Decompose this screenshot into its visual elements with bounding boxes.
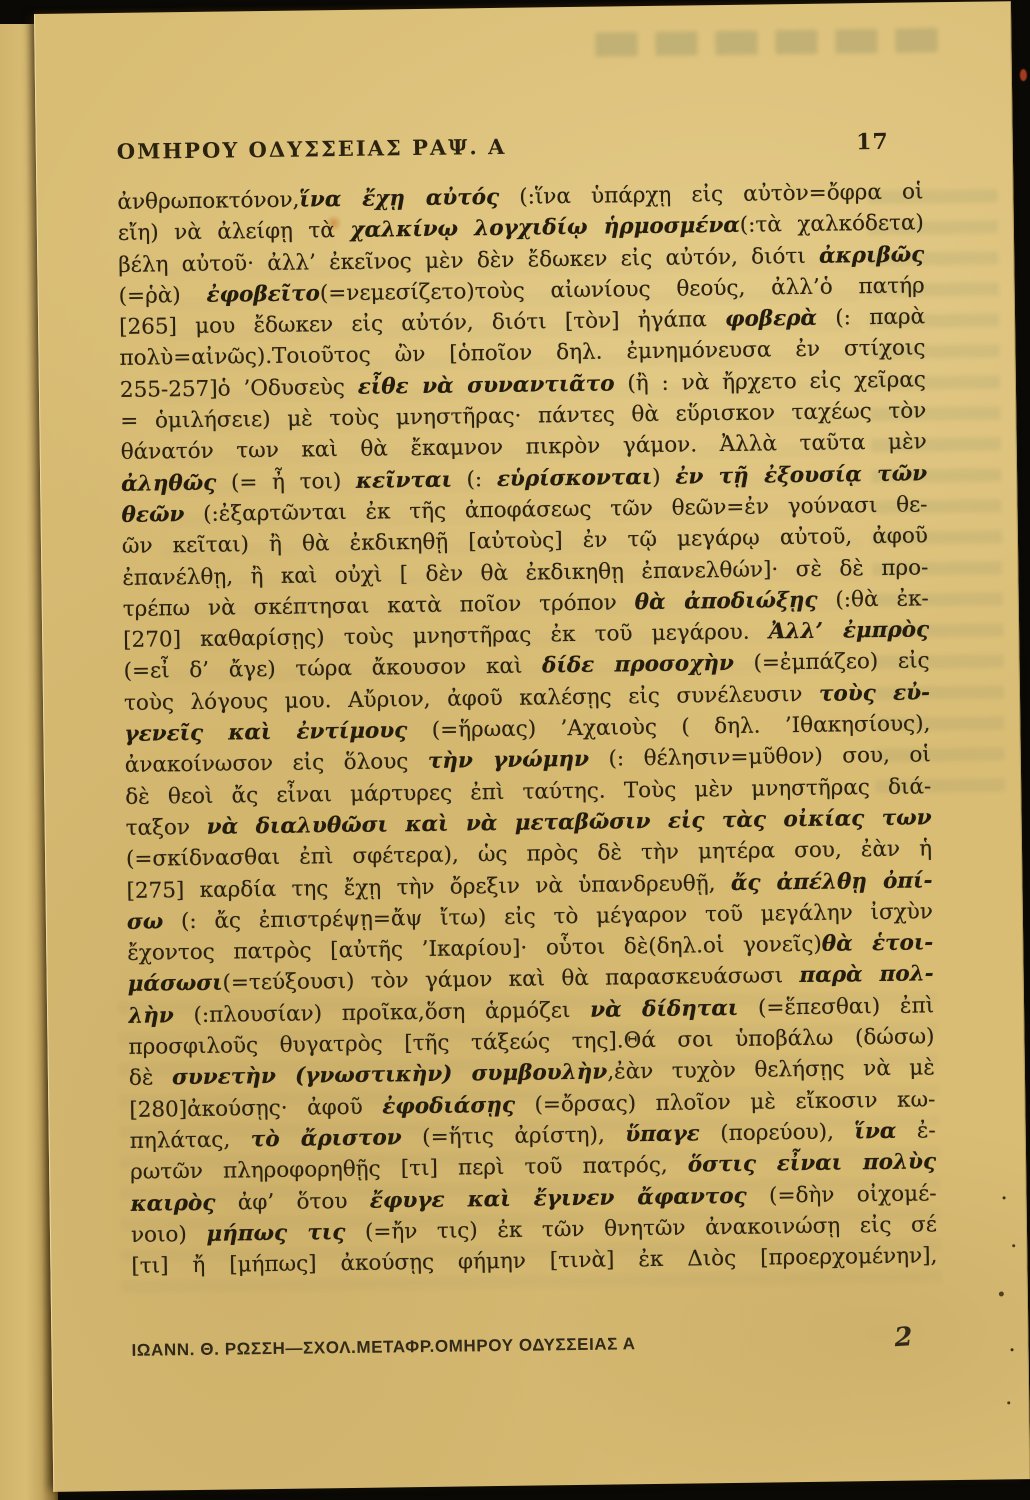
stain-mark [1020,69,1027,81]
plain-text: (: θέλησιν=μῦθον) σου, οἱ [589,743,931,772]
lemma-text: φοβερὰ [725,306,817,332]
plain-text: ) [652,464,675,489]
lemma-text: ἐφοδιάσῃς [382,1092,515,1119]
lemma-text: ἵνα [854,1119,896,1145]
plain-text: ἀφ’ ὅτου [215,1188,370,1215]
text-block: ἀνθρωποκτόνον,ἵνα ἔχῃ αὐτός (:ἵνα ὑπάρχῃ… [117,176,937,1282]
plain-text: 255-257]ὁ ’Οδυσεὺς [120,375,358,403]
plain-text: ἀνακοίνωσον εἰς ὅλους [125,749,428,778]
lemma-text: καιρὸς [130,1190,215,1216]
showthrough-smudge [595,28,955,57]
header-title: ΟΜΗΡΟΥ ΟΔΥΣΣΕΙΑΣ ΡΑΨ. Α [117,134,507,164]
lemma-text: παρὰ πολ- [799,962,934,989]
plain-text: (=ῥὰ) [119,283,207,309]
lemma-text: εὑρίσκονται [497,465,653,492]
lemma-text: ἀκριβῶς [819,242,925,268]
lemma-text: μάσωσι [128,971,223,997]
lemma-text: μήπως τις [206,1220,345,1247]
lemma-text: γενεῖς καὶ ἐντίμους [124,718,407,747]
plain-text: (ἢ : νὰ ἤρχετο εἰς χεῖρας [614,367,926,396]
plain-text: (= ἦ τοι) [216,468,356,495]
lemma-text: τὸ ἄριστον [251,1125,402,1152]
plain-text: [270] καθαρίσῃς) τοὺς μνηστῆρας ἐκ τοῦ μ… [123,620,769,653]
lemma-text: ἔφυγε καὶ ἔγινεν ἄφαντος [370,1183,747,1213]
plain-text: πηλάτας, [130,1127,251,1154]
plain-text: τρέπω νὰ σκέπτησαι κατὰ ποῖον τρόπον [123,590,635,622]
plain-text: (: παρὰ [817,305,925,331]
plain-text: (=τεύξουσι) τὸν γάμον καὶ θὰ παρασκευάσω… [222,963,799,996]
lemma-text: θεῶν [121,502,184,528]
stain-mark [1003,1196,1006,1199]
plain-text: [280]ἀκούσῃς· ἀφοῦ [129,1094,382,1122]
lemma-text: ὅστις εἶναι πολὺς [688,1149,937,1177]
plain-text: (=ἐμπάζεο) εἰς [734,649,930,677]
plain-text: δὲ [129,1066,172,1092]
plain-text: (=ἤν τις) ἐκ τῶν θνητῶν ἀνακοινώσῃ εἰς σ… [345,1212,937,1245]
lemma-text: ἐφοβεῖτο [206,281,320,307]
plain-text: (=ὄρσας) πλοῖον μὲ εἴκοσιν κω- [515,1087,936,1118]
plain-text: ρωτῶν πληροφορηθῇς [τι] περὶ τοῦ πατρός, [130,1153,688,1185]
lemma-text: ὕπαγε [625,1121,700,1147]
lemma-text: κεῖνται [356,467,452,493]
lemma-text: θὰ ἀποδιώξῃς [635,588,818,615]
plain-text: (=ἥτις ἀρίστη), [401,1122,625,1150]
plain-text: [τι] ἤ [μήπως] ἀκούσῃς φήμην [τινὰ] ἐκ Δ… [131,1243,937,1279]
plain-text: (=δὴν οἰχομέ- [747,1181,937,1208]
plain-text: (=νεμεσίζετο)τοὺς αἰωνίους θεούς, ἀλλ’ὁ … [320,273,925,306]
lemma-text: συνετὴν (γνωστικὴν) συμβουλὴν [172,1060,608,1091]
plain-text: ταξον [126,815,207,841]
plain-text: (=εἶ δ’ ἄγε) τώρα ἄκουσον καὶ [123,654,542,684]
lemma-text: εἶθε νὰ συναντιᾶτο [358,371,615,399]
plain-text: (πορεύου), [700,1119,855,1146]
footer-imprint: ΙΩΑΝΝ. Θ. ΡΩΣΣΗ—ΣΧΟΛ.ΜΕΤΑΦΡ.ΟΜΗΡΟΥ ΟΔΥΣΣ… [131,1334,635,1361]
lemma-text: λὴν [128,1003,174,1029]
lemma-text: ἐν τῇ ἐξουσίᾳ τῶν [675,461,927,489]
lemma-text: ἵνα ἔχῃ αὐτός [299,185,499,213]
lemma-text: θὰ ἑτοι- [822,930,934,956]
signature-number: 2 [893,1322,913,1353]
plain-text: [275] καρδία της ἔχῃ τὴν ὄρεξιν νὰ ὑπανδ… [126,870,731,903]
lemma-text: σω [127,909,164,934]
scanned-book-page: ΟΜΗΡΟΥ ΟΔΥΣΣΕΙΑΣ ΡΑΨ. Α 17 ἀνθρωποκτόνον… [0,0,1030,1500]
lemma-text: ἄς ἀπέλθῃ ὀπί- [731,868,933,896]
lemma-text: Ἀλλ’ ἐμπρὸς [769,617,930,644]
plain-text: (:τὰ χαλκόδετα) [740,211,924,238]
lemma-text: τοὺς εὐ- [819,680,930,706]
lemma-text: νὰ δίδηται [590,996,738,1023]
lemma-text: δίδε προσοχὴν [542,651,734,679]
plain-text: νοιο) [131,1222,207,1248]
plain-text: (: [452,467,497,493]
lemma-text: τὴν γνώμην [428,747,589,774]
lemma-text: χαλκίνῳ λογχιδίῳ ἡρμοσμένα [350,213,740,243]
page-number: 17 [856,129,889,155]
plain-text: εἴη) νὰ ἀλείφῃ τὰ [118,218,351,246]
plain-text: ἐ- [896,1118,936,1144]
plain-text: (:πλουσίαν) προῖκα,ὅση ἁρμόζει [174,998,591,1028]
lemma-text: ἀληθῶς [121,470,216,496]
running-header: ΟΜΗΡΟΥ ΟΔΥΣΣΕΙΑΣ ΡΑΨ. Α 17 [117,129,889,165]
plain-text: ἀνθρωποκτόνον, [117,188,299,215]
plain-text: (:ἵνα ὑπάρχῃ εἰς αὐτὸν=ὄφρα οἱ [499,179,924,210]
book-page: ΟΜΗΡΟΥ ΟΔΥΣΣΕΙΑΣ ΡΑΨ. Α 17 ἀνθρωποκτόνον… [34,1,1030,1492]
plain-text: (=ἕπεσθαι) ἐπὶ [738,993,934,1021]
plain-text: ,ἐὰν τυχὸν θελήσῃς νὰ μὲ [607,1056,935,1085]
plain-text: [265] μου ἔδωκεν εἰς αὐτόν, διότι [τὸν] … [119,307,725,340]
footer: ΙΩΑΝΝ. Θ. ΡΩΣΣΗ—ΣΧΟΛ.ΜΕΤΑΦΡ.ΟΜΗΡΟΥ ΟΔΥΣΣ… [131,1323,912,1363]
plain-text: (:θὰ ἐκ- [817,586,929,612]
plain-text: (=ἥρωας) ’Αχαιοὺς ( δηλ. ’Ιθακησίους), [407,711,930,743]
